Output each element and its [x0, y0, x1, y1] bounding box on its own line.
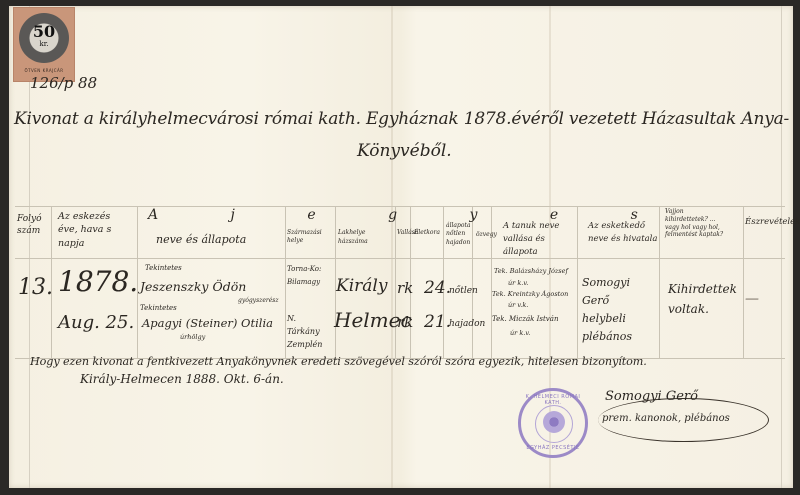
col-header-ozvegy: özvegy	[476, 232, 497, 238]
stamp-unit: kr.	[14, 40, 74, 48]
col-header-vallas: Vallása	[397, 228, 412, 237]
cell-bride-origin: N. Tárkány Zemplén	[287, 313, 317, 351]
signature-name: Somogyi Gerő	[605, 390, 698, 403]
revenue-stamp: 50 kr. ÖTVEN KRAJCÁR	[13, 7, 75, 82]
cell-religion-groom: rk	[397, 281, 413, 296]
cell-religion-bride: rk	[397, 315, 413, 330]
col-header-hirdetes: Vajjon kihirdettetek? ... vagy hol vagy …	[665, 208, 727, 239]
col-header-eskető: Az esketkedő neve és hivatala	[588, 220, 664, 246]
cell-groom-title: Tekintetes	[145, 265, 182, 272]
col-header-szarmazas: Származási helye	[287, 229, 321, 246]
cell-groom-name: Jeszenszky Ödön	[140, 281, 246, 294]
cell-age-bride: 21.	[424, 314, 451, 331]
witness-1-status: úr k.v.	[508, 280, 528, 287]
cell-age-groom: 24.	[424, 280, 451, 297]
col-header-allapota: állapota nőtlen hajadon	[446, 222, 476, 247]
cell-officiant: Somogyi Gerő helybeli plébános	[582, 274, 648, 347]
cell-folyo-szam: 13.	[18, 277, 53, 299]
witness-2-name: Tek. Kreintzky Ágoston	[492, 291, 568, 298]
seal-text-bottom: EGYHÁZ PECSÉTJE	[521, 445, 585, 451]
cell-groom-origin: Torna-Ko: Bilamagy	[287, 263, 323, 290]
witness-3-name: Tek. Miczák István	[492, 316, 558, 323]
witness-3-status: úr k.v.	[510, 330, 530, 337]
seal-text-top: K. HELMECI RÓMAI KATH.	[521, 394, 585, 406]
cell-bride-title: Tekintetes	[140, 305, 177, 312]
col-header-lakhely: Lakhelye házszáma	[338, 228, 382, 246]
cell-month-day: Aug. 25.	[58, 314, 134, 332]
certification-text: Hogy ezen kivonat a fentkivezett Anyakön…	[30, 356, 647, 367]
cell-bride-status: úrhölgy	[180, 334, 205, 341]
cell-year: 1878.	[58, 268, 138, 296]
col-header-nev: neve és állapota	[156, 234, 246, 245]
cell-bride-name: Apagyi (Steiner) Otilia	[142, 318, 273, 330]
witness-2-status: úr v.k.	[508, 302, 528, 309]
seal-emblem-icon	[543, 411, 565, 433]
table-rule	[15, 258, 785, 259]
col-header-eszrevetelek: Észrevételek	[745, 216, 785, 230]
cell-residence-groom: Király	[336, 278, 387, 295]
cell-groom-occupation: gyógyszerész	[238, 298, 279, 304]
cell-banns: Kihirdettek voltak.	[668, 279, 728, 320]
document-title-line1: Kivonat a királyhelmecvárosi római kath.…	[14, 111, 789, 128]
parish-seal: K. HELMECI RÓMAI KATH. EGYHÁZ PECSÉTJE	[518, 388, 588, 458]
cell-status-groom: nőtlen	[449, 287, 478, 296]
cell-status-bride: hajadon	[449, 320, 485, 329]
stamp-value: 50	[14, 22, 74, 41]
cell-remarks: —	[745, 292, 759, 306]
signature-title: prem. kanonok, plébános	[602, 414, 730, 424]
col-header-datum: Az eskezés éve, hava s napja	[58, 210, 120, 250]
col-header-tanuk: A tanuk neve vallása és állapota	[503, 220, 581, 258]
col-header-folyo-szam: Folyó szám	[17, 213, 39, 237]
stamp-label: ÖTVEN KRAJCÁR	[14, 68, 74, 73]
col-header-kor: Életkora	[414, 228, 442, 237]
reference-number: 126/p 88	[30, 76, 97, 91]
certification-place-date: Király-Helmecen 1888. Okt. 6-án.	[80, 373, 284, 385]
document-title-line2: Könyvéből.	[357, 143, 452, 160]
witness-1-name: Tek. Balázsházy József	[494, 268, 568, 275]
